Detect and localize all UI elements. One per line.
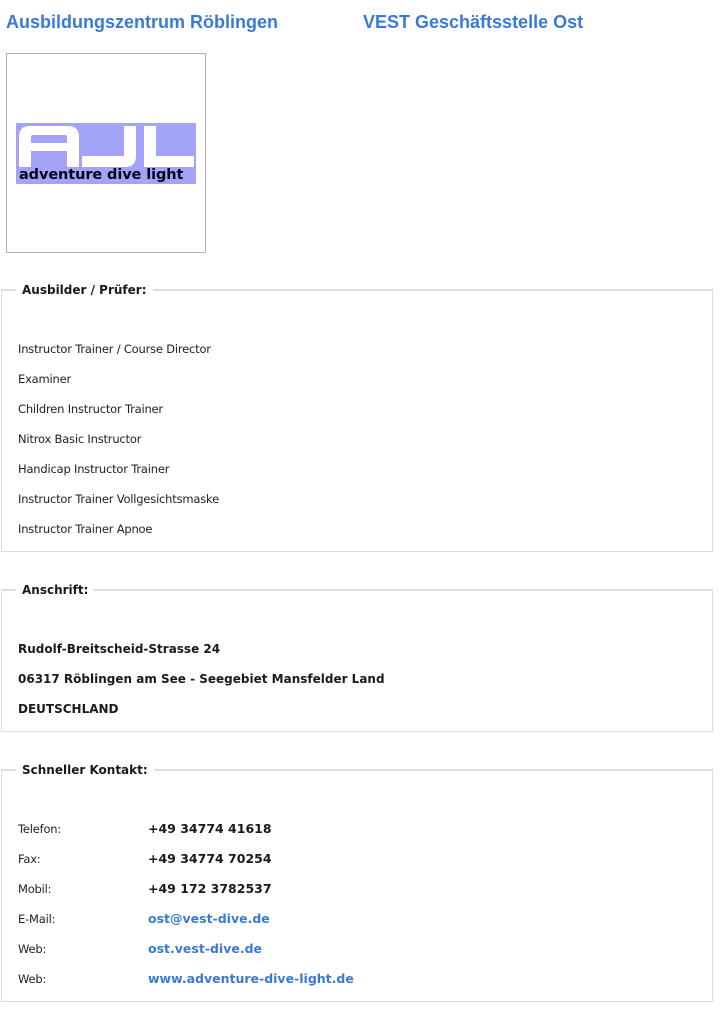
instructor-item: Handicap Instructor Trainer	[18, 462, 169, 476]
instructor-item: Nitrox Basic Instructor	[18, 432, 141, 446]
adl-letters-icon	[16, 123, 196, 167]
fax-value: +49 34774 70254	[148, 852, 272, 866]
logo-frame: adventure dive light	[6, 53, 206, 253]
web-link-adl[interactable]: www.adventure-dive-light.de	[148, 972, 354, 986]
address-section: Anschrift: Rudolf-Breitscheid-Strasse 24…	[1, 583, 713, 732]
phone-label: Telefon:	[18, 822, 61, 836]
instructor-item: Children Instructor Trainer	[18, 402, 163, 416]
instructors-section: Ausbilder / Prüfer: Instructor Trainer /…	[1, 283, 713, 552]
mobile-value: +49 172 3782537	[148, 882, 272, 896]
logo-tagline: adventure dive light	[19, 167, 183, 183]
web-link-vest[interactable]: ost.vest-dive.de	[148, 942, 262, 956]
address-country: DEUTSCHLAND	[18, 702, 119, 716]
instructors-legend: Ausbilder / Prüfer:	[16, 283, 153, 297]
mobile-label: Mobil:	[18, 882, 51, 896]
contact-section: Schneller Kontakt: Telefon: +49 34774 41…	[1, 763, 713, 1002]
phone-value: +49 34774 41618	[148, 822, 272, 836]
instructor-item: Instructor Trainer / Course Director	[18, 342, 211, 356]
fax-label: Fax:	[18, 852, 41, 866]
instructor-item: Instructor Trainer Apnoe	[18, 522, 152, 536]
email-label: E-Mail:	[18, 912, 55, 926]
instructor-item: Instructor Trainer Vollgesichtsmaske	[18, 492, 219, 506]
office-title: VEST Geschäftsstelle Ost	[363, 12, 583, 33]
adl-logo: adventure dive light	[16, 123, 196, 184]
address-street: Rudolf-Breitscheid-Strasse 24	[18, 642, 220, 656]
page-header: Ausbildungszentrum Röblingen VEST Geschä…	[6, 12, 722, 36]
email-link[interactable]: ost@vest-dive.de	[148, 912, 270, 926]
center-title: Ausbildungszentrum Röblingen	[6, 12, 278, 33]
address-city: 06317 Röblingen am See - Seegebiet Mansf…	[18, 672, 385, 686]
web-label: Web:	[18, 942, 46, 956]
address-legend: Anschrift:	[16, 583, 94, 597]
instructor-item: Examiner	[18, 372, 71, 386]
contact-legend: Schneller Kontakt:	[16, 763, 154, 777]
web-label: Web:	[18, 972, 46, 986]
